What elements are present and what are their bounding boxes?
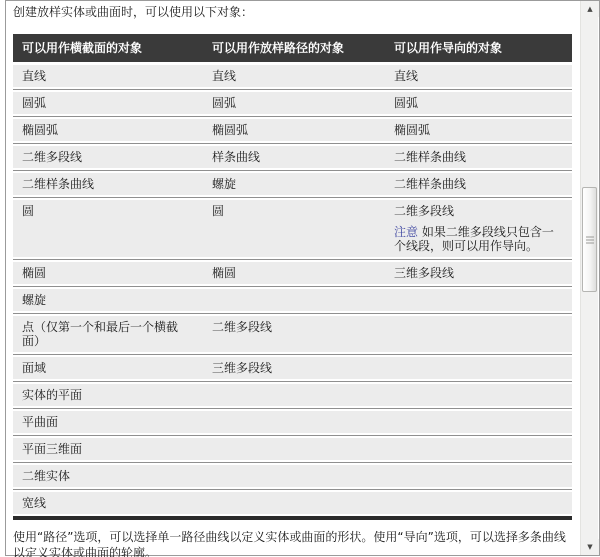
table-cell: 二维样条曲线 <box>385 177 572 191</box>
table-row: 二维样条曲线 螺旋 二维样条曲线 <box>13 173 572 195</box>
table-cell: 直线 <box>203 69 385 83</box>
table-cell: 二维实体 <box>13 469 203 483</box>
table-cell <box>385 442 572 456</box>
table-cell: 椭圆弧 <box>13 123 203 137</box>
table-cell: 椭圆弧 <box>203 123 385 137</box>
table-row: 圆弧 圆弧 圆弧 <box>13 92 572 114</box>
table-cell <box>203 496 385 510</box>
table-cell: 直线 <box>13 69 203 83</box>
table-cell <box>385 361 572 375</box>
table-cell <box>385 415 572 429</box>
table-cell: 宽线 <box>13 496 203 510</box>
table-header-guide: 可以用作导向的对象 <box>385 41 572 55</box>
intro-paragraph: 创建放样实体或曲面时，可以使用以下对象： <box>13 4 578 20</box>
loft-objects-table: 可以用作横截面的对象 可以用作放样路径的对象 可以用作导向的对象 直线 直线 直… <box>13 34 572 520</box>
table-cell <box>385 293 572 307</box>
table-row: 平曲面 <box>13 411 572 433</box>
note-label: 注意 <box>394 225 418 239</box>
scrollbar-grip-icon <box>586 234 594 245</box>
table-cell: 圆 <box>203 204 385 253</box>
vertical-scrollbar[interactable]: ▲ ▼ <box>580 1 598 555</box>
table-cell: 椭圆弧 <box>385 123 572 137</box>
table-cell: 螺旋 <box>203 177 385 191</box>
table-cell: 二维多段线 <box>13 150 203 164</box>
table-cell: 二维多段线 注意 如果二维多段线只包含一个线段，则可以用作导向。 <box>385 204 572 253</box>
table-cell: 平面三维面 <box>13 442 203 456</box>
table-cell: 圆弧 <box>203 96 385 110</box>
table-header-cross-section: 可以用作横截面的对象 <box>13 41 203 55</box>
table-cell: 圆弧 <box>385 96 572 110</box>
table-cell: 直线 <box>385 69 572 83</box>
table-cell <box>203 388 385 402</box>
table-cell-text: 二维多段线 <box>394 204 564 218</box>
table-cell <box>385 320 572 348</box>
table-cell: 圆 <box>13 204 203 253</box>
table-cell: 螺旋 <box>13 293 203 307</box>
table-row: 宽线 <box>13 492 572 514</box>
scroll-up-icon[interactable]: ▲ <box>581 1 599 17</box>
help-content-pane: 创建放样实体或曲面时，可以使用以下对象： 可以用作横截面的对象 可以用作放样路径… <box>7 1 578 555</box>
table-row: 二维多段线 样条曲线 二维样条曲线 <box>13 146 572 168</box>
table-cell: 椭圆 <box>13 266 203 280</box>
table-cell: 圆弧 <box>13 96 203 110</box>
table-cell: 三维多段线 <box>385 266 572 280</box>
table-cell: 样条曲线 <box>203 150 385 164</box>
table-header-path: 可以用作放样路径的对象 <box>203 41 385 55</box>
table-row: 椭圆弧 椭圆弧 椭圆弧 <box>13 119 572 141</box>
table-row: 螺旋 <box>13 289 572 311</box>
scrollbar-thumb[interactable] <box>582 187 597 292</box>
table-cell: 平曲面 <box>13 415 203 429</box>
table-cell: 点（仅第一个和最后一个横截面） <box>13 320 203 348</box>
table-row: 二维实体 <box>13 465 572 487</box>
table-cell <box>385 388 572 402</box>
table-cell <box>203 415 385 429</box>
table-cell: 二维样条曲线 <box>13 177 203 191</box>
note: 注意 如果二维多段线只包含一个线段，则可以用作导向。 <box>394 225 564 253</box>
table-row: 点（仅第一个和最后一个横截面） 二维多段线 <box>13 316 572 352</box>
table-row: 面域 三维多段线 <box>13 357 572 379</box>
table-cell <box>203 442 385 456</box>
table-cell <box>203 469 385 483</box>
table-row: 圆 圆 二维多段线 注意 如果二维多段线只包含一个线段，则可以用作导向。 <box>13 200 572 257</box>
note-text: 如果二维多段线只包含一个线段，则可以用作导向。 <box>394 225 554 253</box>
table-cell <box>385 496 572 510</box>
table-row: 平面三维面 <box>13 438 572 460</box>
table-cell: 面域 <box>13 361 203 375</box>
table-cell <box>203 293 385 307</box>
table-cell: 三维多段线 <box>203 361 385 375</box>
table-row: 实体的平面 <box>13 384 572 406</box>
table-row: 椭圆 椭圆 三维多段线 <box>13 262 572 284</box>
table-cell <box>385 469 572 483</box>
table-cell: 二维多段线 <box>203 320 385 348</box>
footer-paragraph: 使用“路径”选项，可以选择单一路径曲线以定义实体或曲面的形状。使用“导向”选项，… <box>13 529 569 557</box>
table-cell: 二维样条曲线 <box>385 150 572 164</box>
table-cell: 椭圆 <box>203 266 385 280</box>
table-row: 直线 直线 直线 <box>13 65 572 87</box>
scroll-down-icon[interactable]: ▼ <box>581 539 599 555</box>
table-header-row: 可以用作横截面的对象 可以用作放样路径的对象 可以用作导向的对象 <box>13 34 572 62</box>
table-cell: 实体的平面 <box>13 388 203 402</box>
